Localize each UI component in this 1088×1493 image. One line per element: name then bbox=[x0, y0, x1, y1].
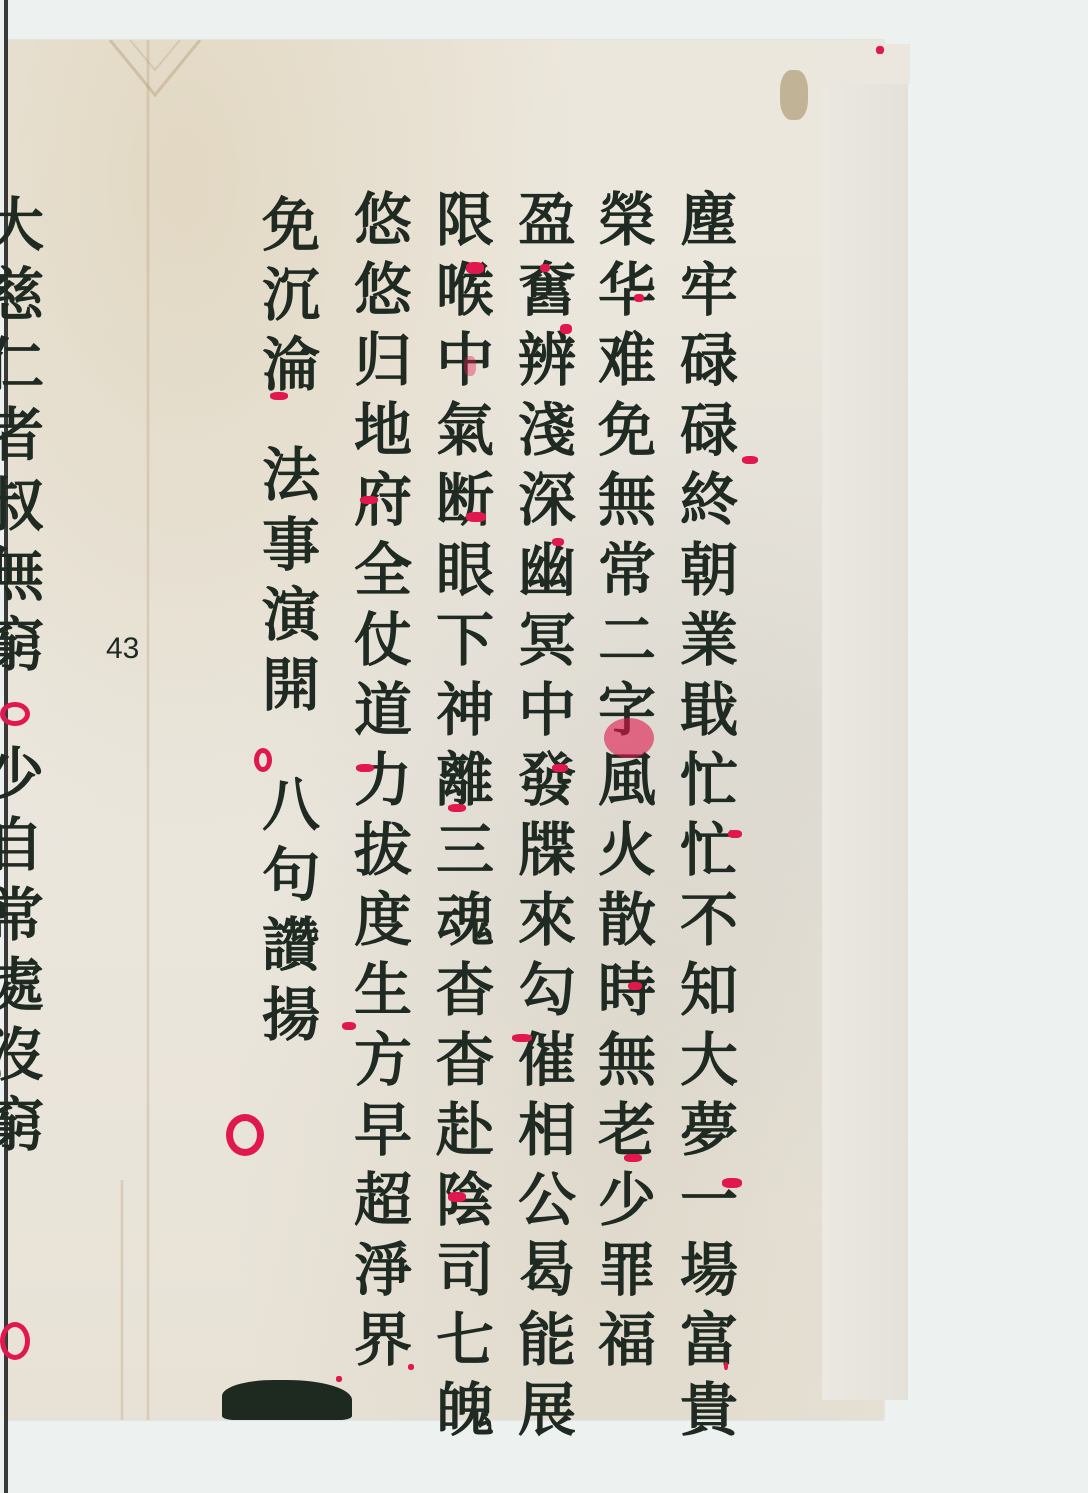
punctuation-mark bbox=[722, 1178, 742, 1188]
manuscript-character: 大 bbox=[680, 1025, 738, 1095]
text-column-5: 悠悠归地府全仗道力拔度生方早超淨界 bbox=[354, 185, 412, 1375]
manuscript-character: 免 bbox=[598, 395, 656, 465]
text-column-6: 免沉淪 法事演開 八句讚揚 bbox=[262, 190, 320, 1050]
manuscript-character: 自 bbox=[0, 810, 44, 880]
manuscript-character: 道 bbox=[354, 675, 412, 745]
punctuation-mark bbox=[464, 356, 476, 376]
manuscript-character: 朝 bbox=[680, 535, 738, 605]
text-column-2: 榮华难免無常二字風火散時無老少罪福 bbox=[598, 185, 656, 1375]
manuscript-character: 散 bbox=[598, 885, 656, 955]
manuscript-character: 法 bbox=[262, 440, 320, 510]
punctuation-mark bbox=[552, 764, 568, 772]
manuscript-character: 中 bbox=[518, 675, 576, 745]
manuscript-character: 盈 bbox=[518, 185, 576, 255]
manuscript-character: 大 bbox=[0, 190, 44, 260]
manuscript-character: 展 bbox=[518, 1375, 576, 1445]
manuscript-character: 生 bbox=[354, 955, 412, 1025]
ink-blot bbox=[222, 1380, 352, 1420]
punctuation-mark bbox=[360, 496, 378, 504]
manuscript-character: 超 bbox=[354, 1165, 412, 1235]
manuscript-character: 地 bbox=[354, 395, 412, 465]
manuscript-character: 火 bbox=[598, 815, 656, 885]
manuscript-character: 魄 bbox=[436, 1375, 494, 1445]
manuscript-character: 處 bbox=[0, 950, 44, 1020]
manuscript-character: 常 bbox=[0, 880, 44, 950]
manuscript-character: 戢 bbox=[680, 675, 738, 745]
manuscript-character: 方 bbox=[354, 1025, 412, 1095]
manuscript-character: 早 bbox=[354, 1095, 412, 1165]
punctuation-mark bbox=[540, 264, 550, 272]
manuscript-character: 司 bbox=[436, 1235, 494, 1305]
manuscript-character: 力 bbox=[354, 745, 412, 815]
manuscript-character: 杳 bbox=[436, 955, 494, 1025]
manuscript-character: 冥 bbox=[518, 605, 576, 675]
punctuation-mark bbox=[728, 830, 742, 838]
manuscript-character: 七 bbox=[436, 1305, 494, 1375]
punctuation-circle bbox=[0, 1322, 30, 1360]
manuscript-character: 悠 bbox=[354, 185, 412, 255]
page-number: 43 bbox=[106, 632, 139, 666]
ink-dot bbox=[336, 1376, 342, 1382]
manuscript-character: 度 bbox=[354, 885, 412, 955]
manuscript-character: 業 bbox=[680, 605, 738, 675]
manuscript-character: 三 bbox=[436, 815, 494, 885]
manuscript-character: 界 bbox=[354, 1305, 412, 1375]
manuscript-character: 能 bbox=[518, 1305, 576, 1375]
manuscript-character: 难 bbox=[598, 325, 656, 395]
punctuation-mark bbox=[270, 392, 288, 400]
manuscript-character: 喉 bbox=[436, 255, 494, 325]
ink-dot bbox=[408, 1364, 414, 1370]
manuscript-character: 赴 bbox=[436, 1095, 494, 1165]
manuscript-character: 归 bbox=[354, 325, 412, 395]
manuscript-character: 常 bbox=[598, 535, 656, 605]
manuscript-character: 华 bbox=[598, 255, 656, 325]
punctuation-mark bbox=[466, 512, 486, 522]
manuscript-character: 少 bbox=[0, 740, 44, 810]
manuscript-character: 離 bbox=[436, 745, 494, 815]
manuscript-character: 者 bbox=[0, 400, 44, 470]
manuscript-character: 知 bbox=[680, 955, 738, 1025]
manuscript-character: 牒 bbox=[518, 815, 576, 885]
manuscript-character: 不 bbox=[680, 885, 738, 955]
manuscript-character: 貴 bbox=[680, 1375, 738, 1445]
page-corner-tab bbox=[822, 44, 910, 84]
text-column-3: 盈𡚒辨淺深幽冥中發牒來勾催相公曷能展 bbox=[518, 185, 576, 1445]
punctuation-mark bbox=[552, 538, 564, 546]
manuscript-character: 氣 bbox=[436, 395, 494, 465]
ink-dot bbox=[724, 1362, 728, 1370]
manuscript-character: 忙 bbox=[680, 745, 738, 815]
right-page-flap bbox=[822, 70, 908, 1400]
manuscript-character: 魂 bbox=[436, 885, 494, 955]
manuscript-character: 眼 bbox=[436, 535, 494, 605]
punctuation-mark bbox=[742, 456, 758, 464]
manuscript-character: 夢 bbox=[680, 1095, 738, 1165]
manuscript-character: 榮 bbox=[598, 185, 656, 255]
manuscript-character: 終 bbox=[680, 465, 738, 535]
left-page-column: 大慈仁者叔無窮 少自常處沒窮 bbox=[0, 190, 44, 1160]
manuscript-character: 無 bbox=[598, 465, 656, 535]
manuscript-character: 勾 bbox=[518, 955, 576, 1025]
manuscript-character: 牢 bbox=[680, 255, 738, 325]
manuscript-character: 辨 bbox=[518, 325, 576, 395]
manuscript-character: 仗 bbox=[354, 605, 412, 675]
manuscript-character: 全 bbox=[354, 535, 412, 605]
manuscript-character: 深 bbox=[518, 465, 576, 535]
punctuation-mark bbox=[560, 324, 572, 334]
punctuation-circle bbox=[0, 702, 30, 726]
section-end-mark bbox=[226, 1114, 264, 1156]
manuscript-character: 淨 bbox=[354, 1235, 412, 1305]
punctuation-mark bbox=[448, 1192, 466, 1202]
manuscript-character: 沒 bbox=[0, 1020, 44, 1090]
manuscript-character: 悠 bbox=[354, 255, 412, 325]
punctuation-mark bbox=[448, 804, 466, 812]
manuscript-character: 窮 bbox=[0, 1090, 44, 1160]
manuscript-character: 慈 bbox=[0, 260, 44, 330]
manuscript-character: 幽 bbox=[518, 535, 576, 605]
manuscript-character: 二 bbox=[598, 605, 656, 675]
manuscript-character: 碌 bbox=[680, 395, 738, 465]
manuscript-character: 曷 bbox=[518, 1235, 576, 1305]
punctuation-mark bbox=[634, 294, 644, 302]
manuscript-character: 揚 bbox=[262, 980, 320, 1050]
page-fold-lower bbox=[120, 1180, 124, 1420]
fold-crease bbox=[100, 40, 210, 110]
manuscript-character: 碌 bbox=[680, 325, 738, 395]
text-column-1: 塵牢碌碌終朝業戢忙忙不知大夢一場富貴 bbox=[680, 185, 738, 1445]
manuscript-character: 塵 bbox=[680, 185, 738, 255]
manuscript-character: 時 bbox=[598, 955, 656, 1025]
manuscript-character: 限 bbox=[436, 185, 494, 255]
punctuation-mark bbox=[628, 982, 642, 990]
manuscript-character: 断 bbox=[436, 465, 494, 535]
manuscript-character: 淪 bbox=[262, 330, 320, 400]
paper-stain bbox=[780, 70, 808, 120]
punctuation-mark bbox=[356, 764, 374, 772]
manuscript-character: 免 bbox=[262, 190, 320, 260]
manuscript-character: 來 bbox=[518, 885, 576, 955]
manuscript-character: 事 bbox=[262, 510, 320, 580]
punctuation-mark bbox=[624, 1154, 642, 1162]
manuscript-character: 無 bbox=[0, 540, 44, 610]
manuscript-character: 富 bbox=[680, 1305, 738, 1375]
manuscript-character: 神 bbox=[436, 675, 494, 745]
manuscript-character: 福 bbox=[598, 1305, 656, 1375]
manuscript-character: 沉 bbox=[262, 260, 320, 330]
manuscript-character: 杳 bbox=[436, 1025, 494, 1095]
punctuation-mark bbox=[604, 718, 654, 758]
manuscript-character: 讚 bbox=[262, 910, 320, 980]
manuscript-character: 少 bbox=[598, 1165, 656, 1235]
manuscript-character: 拔 bbox=[354, 815, 412, 885]
manuscript-character: 句 bbox=[262, 840, 320, 910]
ink-dot bbox=[876, 46, 884, 54]
manuscript-character: 叔 bbox=[0, 470, 44, 540]
manuscript-character: 八 bbox=[262, 770, 320, 840]
page-fold bbox=[146, 40, 150, 1420]
punctuation-mark bbox=[512, 1034, 532, 1042]
manuscript-character: 公 bbox=[518, 1165, 576, 1235]
manuscript-character: 無 bbox=[598, 1025, 656, 1095]
manuscript-character: 開 bbox=[262, 650, 320, 720]
manuscript-character: 下 bbox=[436, 605, 494, 675]
manuscript-character: 忙 bbox=[680, 815, 738, 885]
manuscript-character: 一 bbox=[680, 1165, 738, 1235]
punctuation-mark bbox=[466, 262, 484, 274]
punctuation-mark bbox=[342, 1022, 356, 1030]
manuscript-character: 相 bbox=[518, 1095, 576, 1165]
manuscript-character: 淺 bbox=[518, 395, 576, 465]
manuscript-character: 發 bbox=[518, 745, 576, 815]
manuscript-character: 仁 bbox=[0, 330, 44, 400]
manuscript-character: 演 bbox=[262, 580, 320, 650]
manuscript-character: 窮 bbox=[0, 610, 44, 680]
manuscript-character: 罪 bbox=[598, 1235, 656, 1305]
manuscript-character: 場 bbox=[680, 1235, 738, 1305]
punctuation-circle bbox=[254, 748, 272, 772]
